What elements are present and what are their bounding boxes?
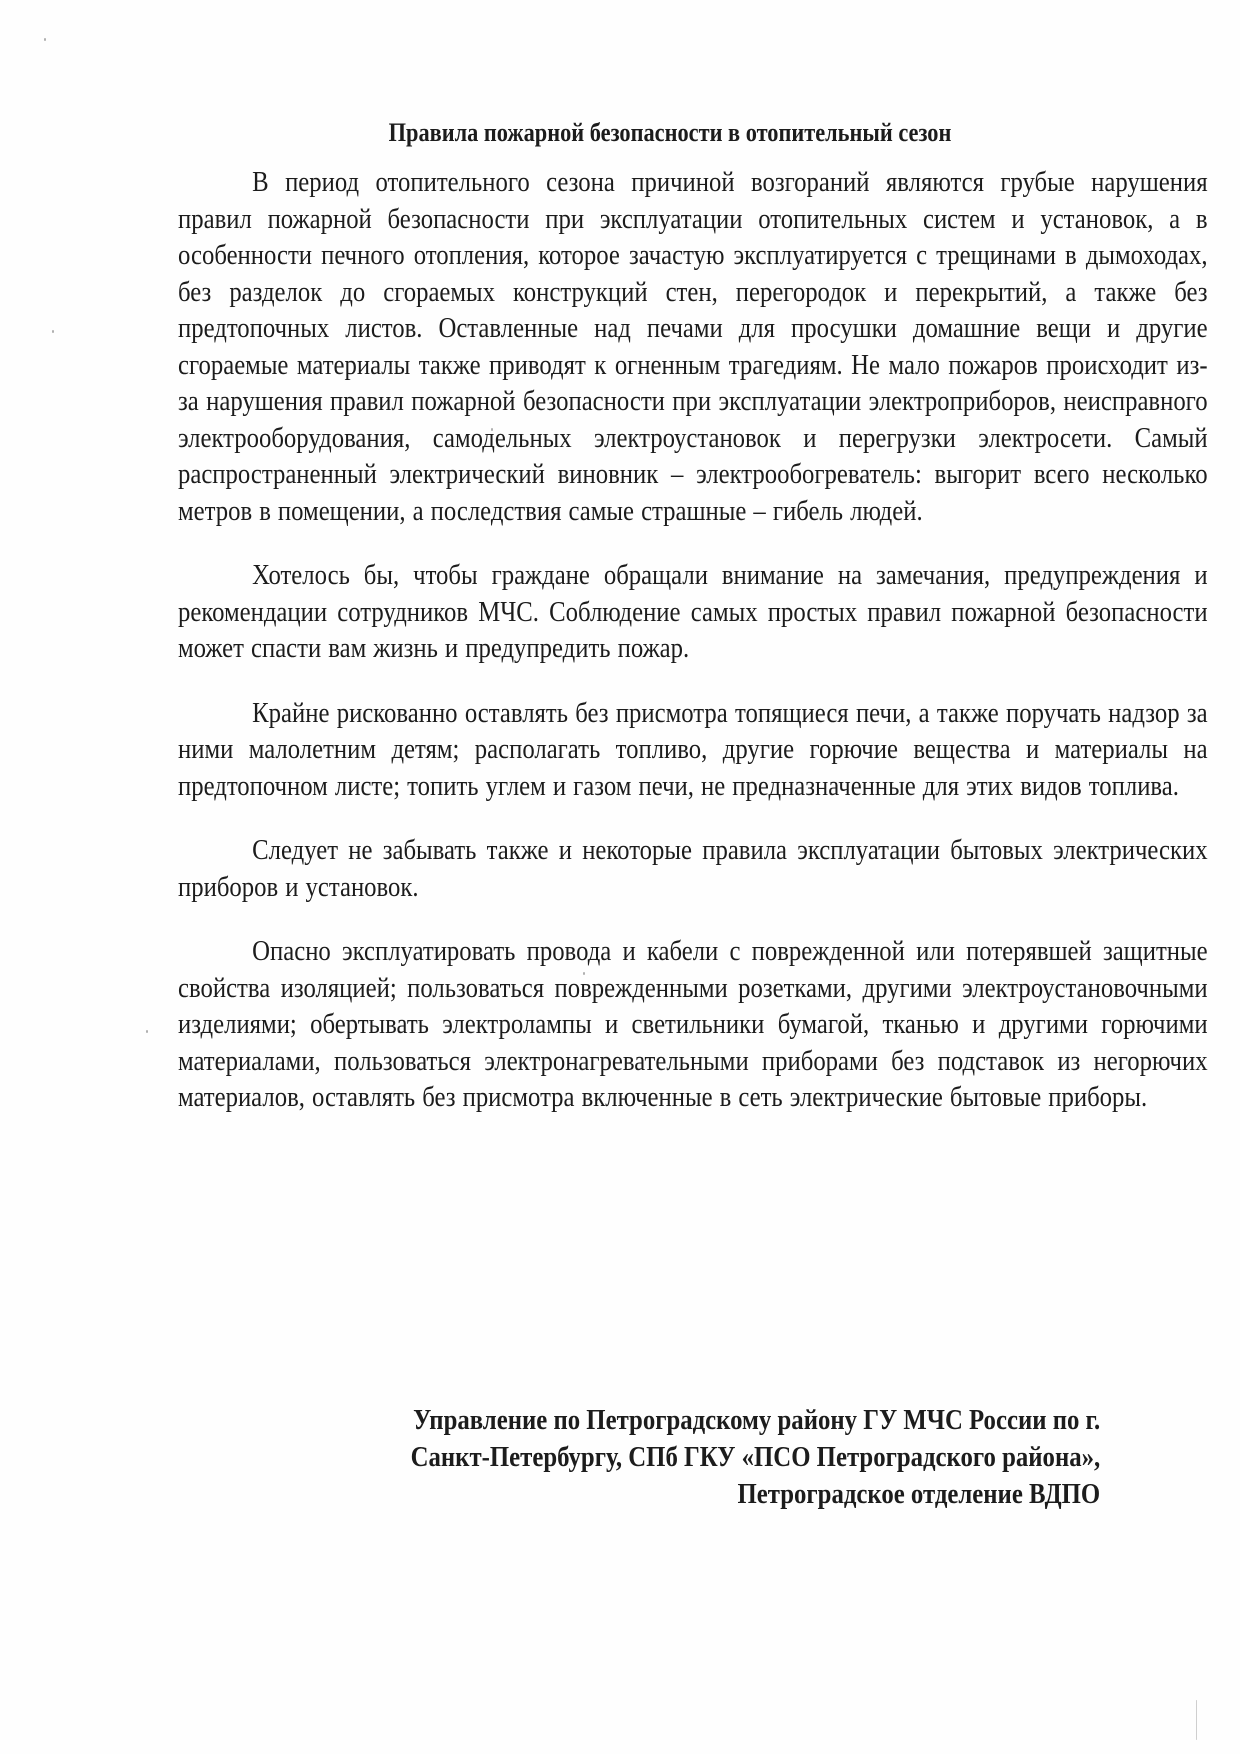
paragraph-electrical-rules: Следует не забывать также и некоторые пр… <box>178 833 1208 906</box>
signature-line: Петроградское отделение ВДПО <box>410 1476 1100 1513</box>
signature-line: Санкт-Петербургу, СПб ГКУ «ПСО Петроград… <box>410 1439 1100 1476</box>
scan-speck <box>146 1030 148 1033</box>
paragraph-stove-risks: Крайне рискованно оставлять без присмотр… <box>178 696 1208 806</box>
scan-speck <box>1196 1700 1197 1740</box>
scan-speck <box>52 330 54 333</box>
signature-block: Управление по Петроградскому району ГУ М… <box>321 1402 1100 1513</box>
document-title: Правила пожарной безопасности в отопител… <box>94 118 1160 148</box>
paragraph-heating-causes: В период отопительного сезона причиной в… <box>178 165 1208 530</box>
scan-speck <box>44 38 46 41</box>
document-body: В период отопительного сезона причиной в… <box>178 165 1208 1145</box>
signature-line: Управление по Петроградскому району ГУ М… <box>410 1402 1100 1439</box>
paragraph-mchs-recommendations: Хотелось бы, чтобы граждане обращали вни… <box>178 558 1208 668</box>
document-page: Правила пожарной безопасности в отопител… <box>0 0 1240 1754</box>
paragraph-electrical-dangers: Опасно эксплуатировать провода и кабели … <box>178 934 1208 1117</box>
